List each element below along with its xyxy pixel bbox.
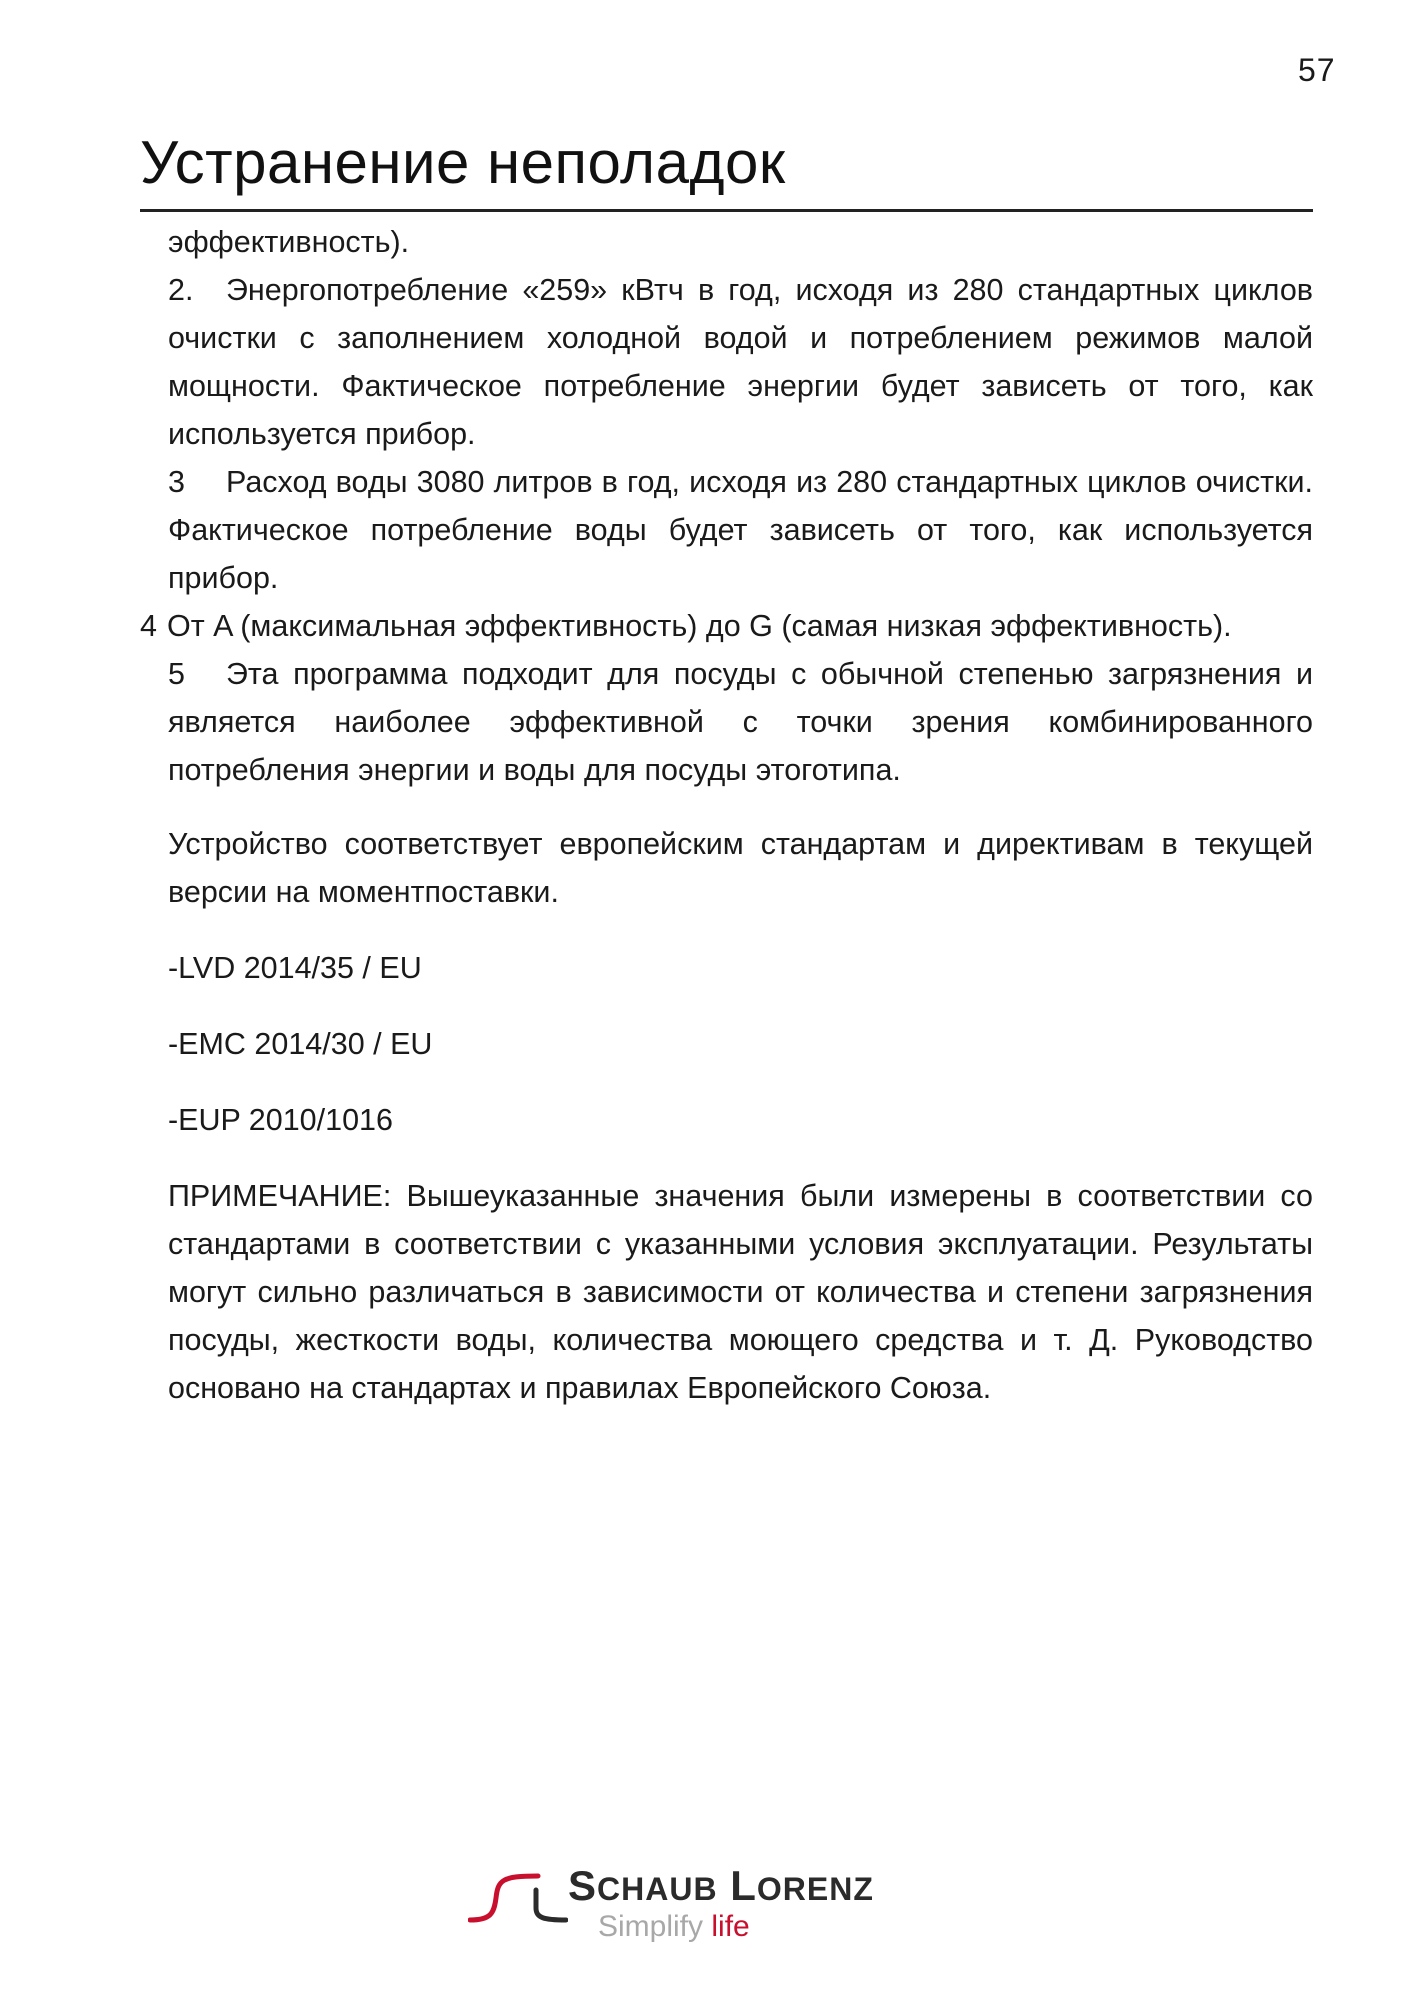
footnote-number: 3	[168, 458, 226, 506]
footnote-text: Энергопотребление «259» кВтч в год, исхо…	[168, 273, 1313, 451]
brand-name: SCHAUB LORENZ	[568, 1862, 874, 1910]
page-number: 57	[1298, 52, 1336, 89]
continuation-text: эффективность).	[168, 218, 1313, 266]
page-title: Устранение неполадок	[140, 128, 786, 197]
tagline-life: life	[711, 1910, 749, 1943]
note-paragraph: ПРИМЕЧАНИЕ: Вышеуказанные значения были …	[168, 1172, 1313, 1412]
brand-word-chaub: CHAUB	[597, 1871, 718, 1907]
brand-tagline: Simplify life	[598, 1910, 750, 1944]
spacer	[168, 916, 1313, 944]
compliance-statement: Устройство соответствует европейским ста…	[168, 820, 1313, 916]
title-divider	[140, 209, 1313, 212]
brand-initial-l: L	[730, 1862, 757, 1909]
footnote-number: 5	[168, 650, 226, 698]
brand-initial-s: S	[568, 1862, 597, 1909]
tagline-simplify: Simplify	[598, 1910, 703, 1943]
brand-logo: SCHAUB LORENZ Simplify life	[468, 1862, 908, 1952]
footnote-item-2: 2.Энергопотребление «259» кВтч в год, ис…	[168, 266, 1313, 458]
standard-emc: -EMC 2014/30 / EU	[168, 1020, 1313, 1068]
spacer	[168, 992, 1313, 1020]
footnote-item-4: 4От A (максимальная эффективность) до G …	[140, 602, 1313, 650]
standard-lvd: -LVD 2014/35 / EU	[168, 944, 1313, 992]
spacer	[168, 1068, 1313, 1096]
footnote-number: 4	[140, 602, 157, 650]
footnote-text: Эта программа подходит для посуды с обыч…	[168, 657, 1313, 787]
footnote-number: 2.	[168, 266, 226, 314]
footnote-item-5: 5Эта программа подходит для посуды с обы…	[168, 650, 1313, 794]
brand-word-orenz: ORENZ	[757, 1871, 874, 1907]
document-body: эффективность). 2.Энергопотребление «259…	[168, 218, 1313, 1412]
schaub-lorenz-mark-icon	[468, 1868, 568, 1928]
footnote-text: Расход воды 3080 литров в год, исходя из…	[168, 465, 1313, 595]
footnote-text: От A (максимальная эффективность) до G (…	[167, 609, 1232, 643]
spacer	[168, 1144, 1313, 1172]
spacer	[168, 794, 1313, 820]
footnote-item-3: 3Расход воды 3080 литров в год, исходя и…	[168, 458, 1313, 602]
standard-eup: -EUP 2010/1016	[168, 1096, 1313, 1144]
